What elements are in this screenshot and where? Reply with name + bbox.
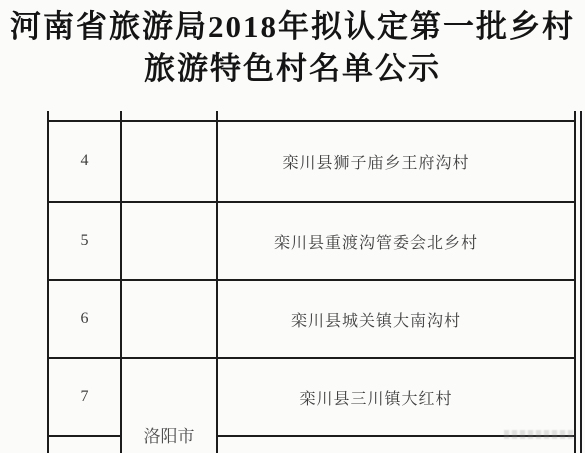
villages-table: 4 栾川县狮子庙乡王府沟村 5 栾川县重渡沟管委会北乡村 6 栾川县城关镇大南沟…: [0, 0, 585, 453]
village-name-cell: 栾川县重渡沟管委会北乡村: [198, 202, 554, 280]
table-border-right-outer: [580, 111, 582, 453]
village-name-cell: 栾川县城关镇大南沟村: [198, 280, 554, 358]
table-divider-col1-col2: [120, 111, 122, 453]
table-border-right-inner: [574, 111, 576, 453]
row-number-cell: 7: [49, 358, 120, 436]
city-cell: 洛阳市: [122, 421, 216, 447]
village-name-cell: 栾川县三川镇大红村: [198, 358, 554, 436]
document-page: 河南省旅游局2018年拟认定第一批乡村 旅游特色村名单公示 4 栾川县狮子庙乡王…: [0, 0, 585, 453]
watermark: [504, 430, 574, 439]
row-number-cell: 4: [49, 122, 120, 200]
village-name-cell: 栾川县狮子庙乡王府沟村: [198, 122, 554, 200]
row-number-cell: 6: [49, 280, 120, 358]
row-number-cell: 5: [49, 202, 120, 280]
